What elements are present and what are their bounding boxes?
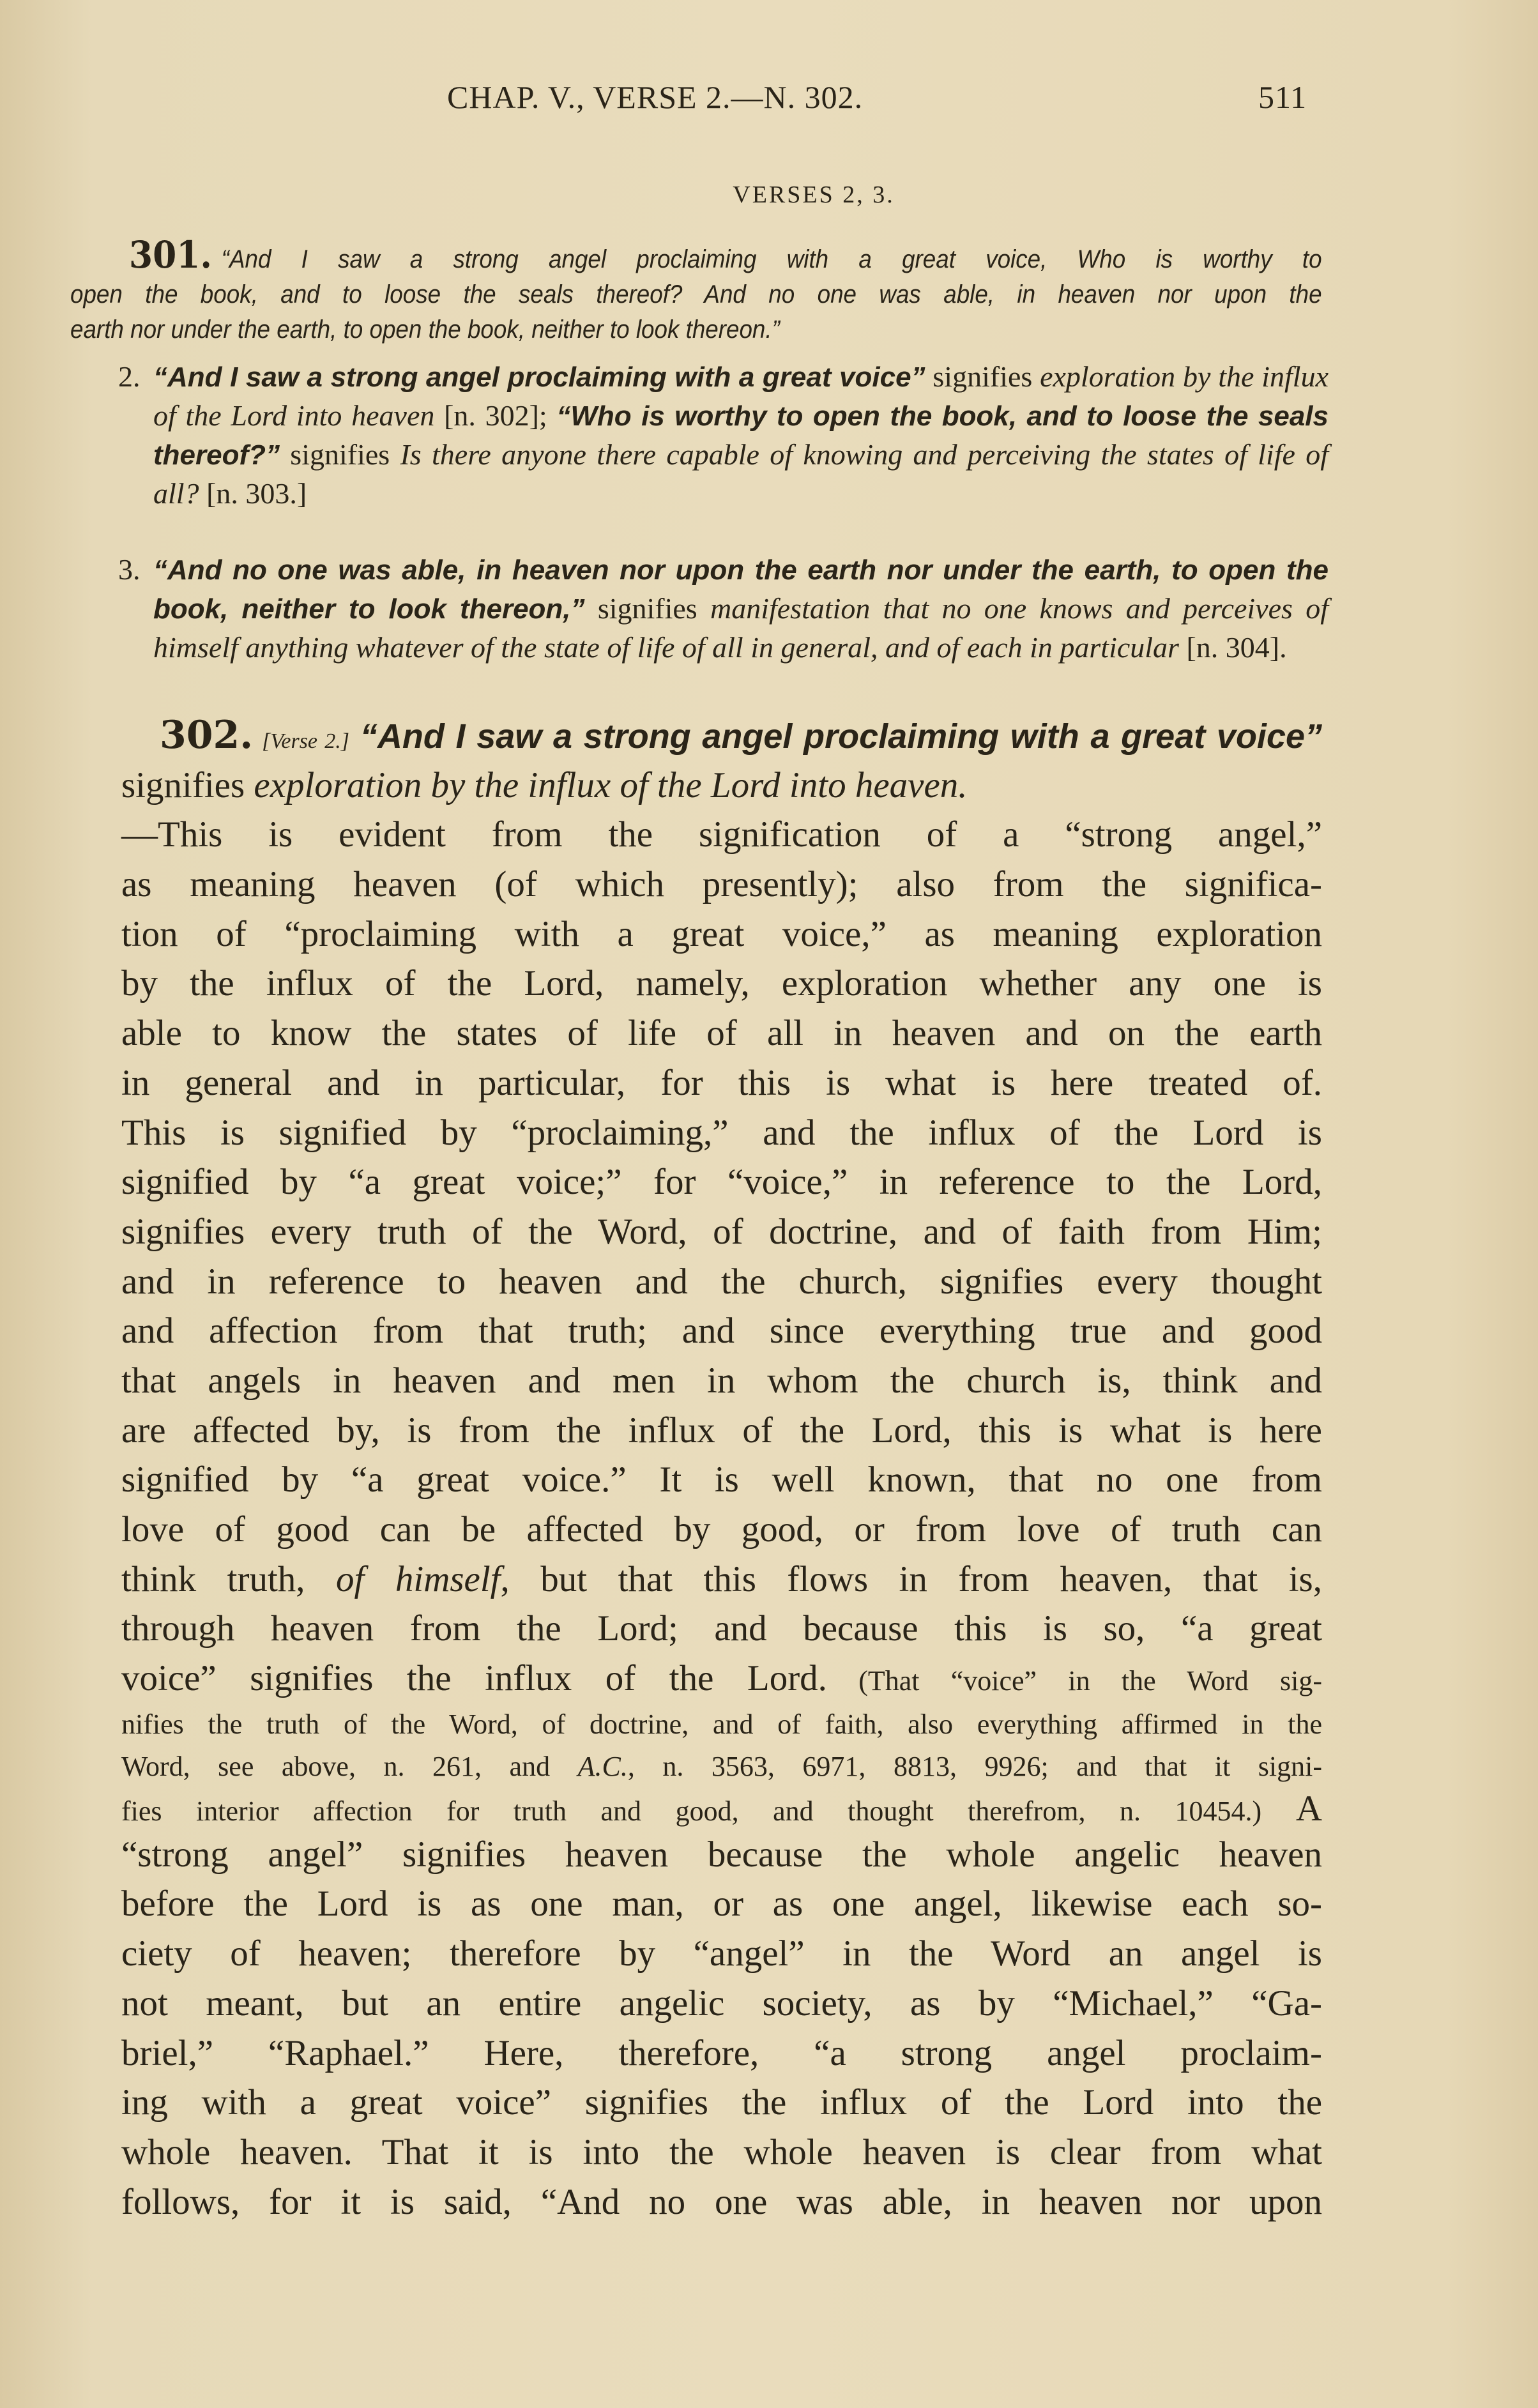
note-line: Word, see above, n. 261, and A.C., n. 35…: [121, 1746, 1322, 1788]
text-line: “strong angel” signifies heaven because …: [121, 1830, 1322, 1880]
page-number: 511: [1258, 79, 1307, 116]
summary-item-2: 2. “And I saw a strong angel proclaiming…: [118, 358, 1329, 513]
summary-item-number: 2.: [118, 358, 141, 396]
summary-item-number: 3.: [118, 551, 141, 589]
text-line: briel,” “Raphael.” Here, therefore, “a s…: [121, 2029, 1322, 2078]
verse-number: 301.: [129, 233, 212, 277]
section-302-text: 302.[Verse 2.] “And I saw a strong angel…: [121, 711, 1322, 2227]
heading-quote: “And I saw a strong angel proclaiming wi…: [360, 717, 1322, 756]
verse-line: open the book, and to loose the seals th…: [70, 277, 1322, 312]
section-number: 302.: [160, 713, 253, 758]
text-line: in general and in particular, for this i…: [121, 1058, 1322, 1108]
summary-item-3: 3. “And no one was able, in heaven nor u…: [118, 551, 1329, 667]
text-line: signifies exploration by the influx of t…: [121, 761, 1322, 811]
running-head-title: CHAP. V., VERSE 2.—N. 302.: [447, 79, 863, 116]
text-line: are affected by, is from the influx of t…: [121, 1406, 1322, 1456]
text-line: that angels in heaven and men in whom th…: [121, 1356, 1322, 1406]
text-line: voice” signifies the influx of the Lord.…: [121, 1654, 1322, 1703]
reference: [n. 304].: [1179, 631, 1287, 664]
text-line: —This is evident from the signification …: [121, 810, 1322, 860]
text-line: signifies every truth of the Word, of do…: [121, 1207, 1322, 1257]
running-head: CHAP. V., VERSE 2.—N. 302. 511: [0, 75, 1538, 126]
text-line: signified by “a great voice.” It is well…: [121, 1455, 1322, 1505]
book-page: CHAP. V., VERSE 2.—N. 302. 511 VERSES 2,…: [0, 0, 1538, 2408]
text-line: This is signified by “proclaiming,” and …: [121, 1108, 1322, 1158]
text-line: whole heaven. That it is into the whole …: [121, 2128, 1322, 2177]
text-line: ing with a great voice” signifies the in…: [121, 2078, 1322, 2128]
text-line: signified by “a great voice;” for “voice…: [121, 1157, 1322, 1207]
text-line: 302.[Verse 2.] “And I saw a strong angel…: [121, 711, 1322, 761]
text-line: through heaven from the Lord; and becaus…: [121, 1604, 1322, 1654]
verse-reference: [Verse 2.]: [262, 729, 349, 753]
text-line: follows, for it is said, “And no one was…: [121, 2177, 1322, 2227]
text-line: as meaning heaven (of which presently); …: [121, 860, 1322, 910]
book-abbreviation: A.C.: [578, 1751, 628, 1782]
text-line: by the influx of the Lord, namely, explo…: [121, 959, 1322, 1009]
emphasis: of himself: [336, 1559, 500, 1599]
text-line: before the Lord is as one man, or as one…: [121, 1879, 1322, 1929]
parenthetical-note: (That “voice” in the Word sig-: [827, 1665, 1322, 1696]
verse-301-text: 301.“And I saw a strong angel proclaimin…: [70, 238, 1322, 347]
text-line: love of good can be affected by good, or…: [121, 1505, 1322, 1555]
text-line: think truth, of himself, but that this f…: [121, 1555, 1322, 1604]
heading-meaning: exploration by the influx of the Lord in…: [254, 765, 967, 805]
text-line: ciety of heaven; therefore by “angel” in…: [121, 1929, 1322, 1979]
text-line: fies interior affection for truth and go…: [121, 1788, 1322, 1830]
verse-line: 301.“And I saw a strong angel proclaimin…: [70, 238, 1322, 277]
text-line: not meant, but an entire angelic society…: [121, 1979, 1322, 2029]
text-line: and affection from that truth; and since…: [121, 1306, 1322, 1356]
reference: [n. 302];: [434, 399, 556, 432]
verse-line: earth nor under the earth, to open the b…: [70, 312, 1322, 347]
text-line: and in reference to heaven and the churc…: [121, 1257, 1322, 1307]
text-line: tion of “proclaiming with a great voice,…: [121, 910, 1322, 959]
text-line: able to know the states of life of all i…: [121, 1009, 1322, 1058]
section-heading: VERSES 2, 3.: [0, 181, 1538, 209]
quoted-verse: “And I saw a strong angel proclaiming wi…: [153, 362, 925, 393]
reference: [n. 303.]: [199, 477, 307, 510]
note-line: nifies the truth of the Word, of doctrin…: [121, 1703, 1322, 1746]
